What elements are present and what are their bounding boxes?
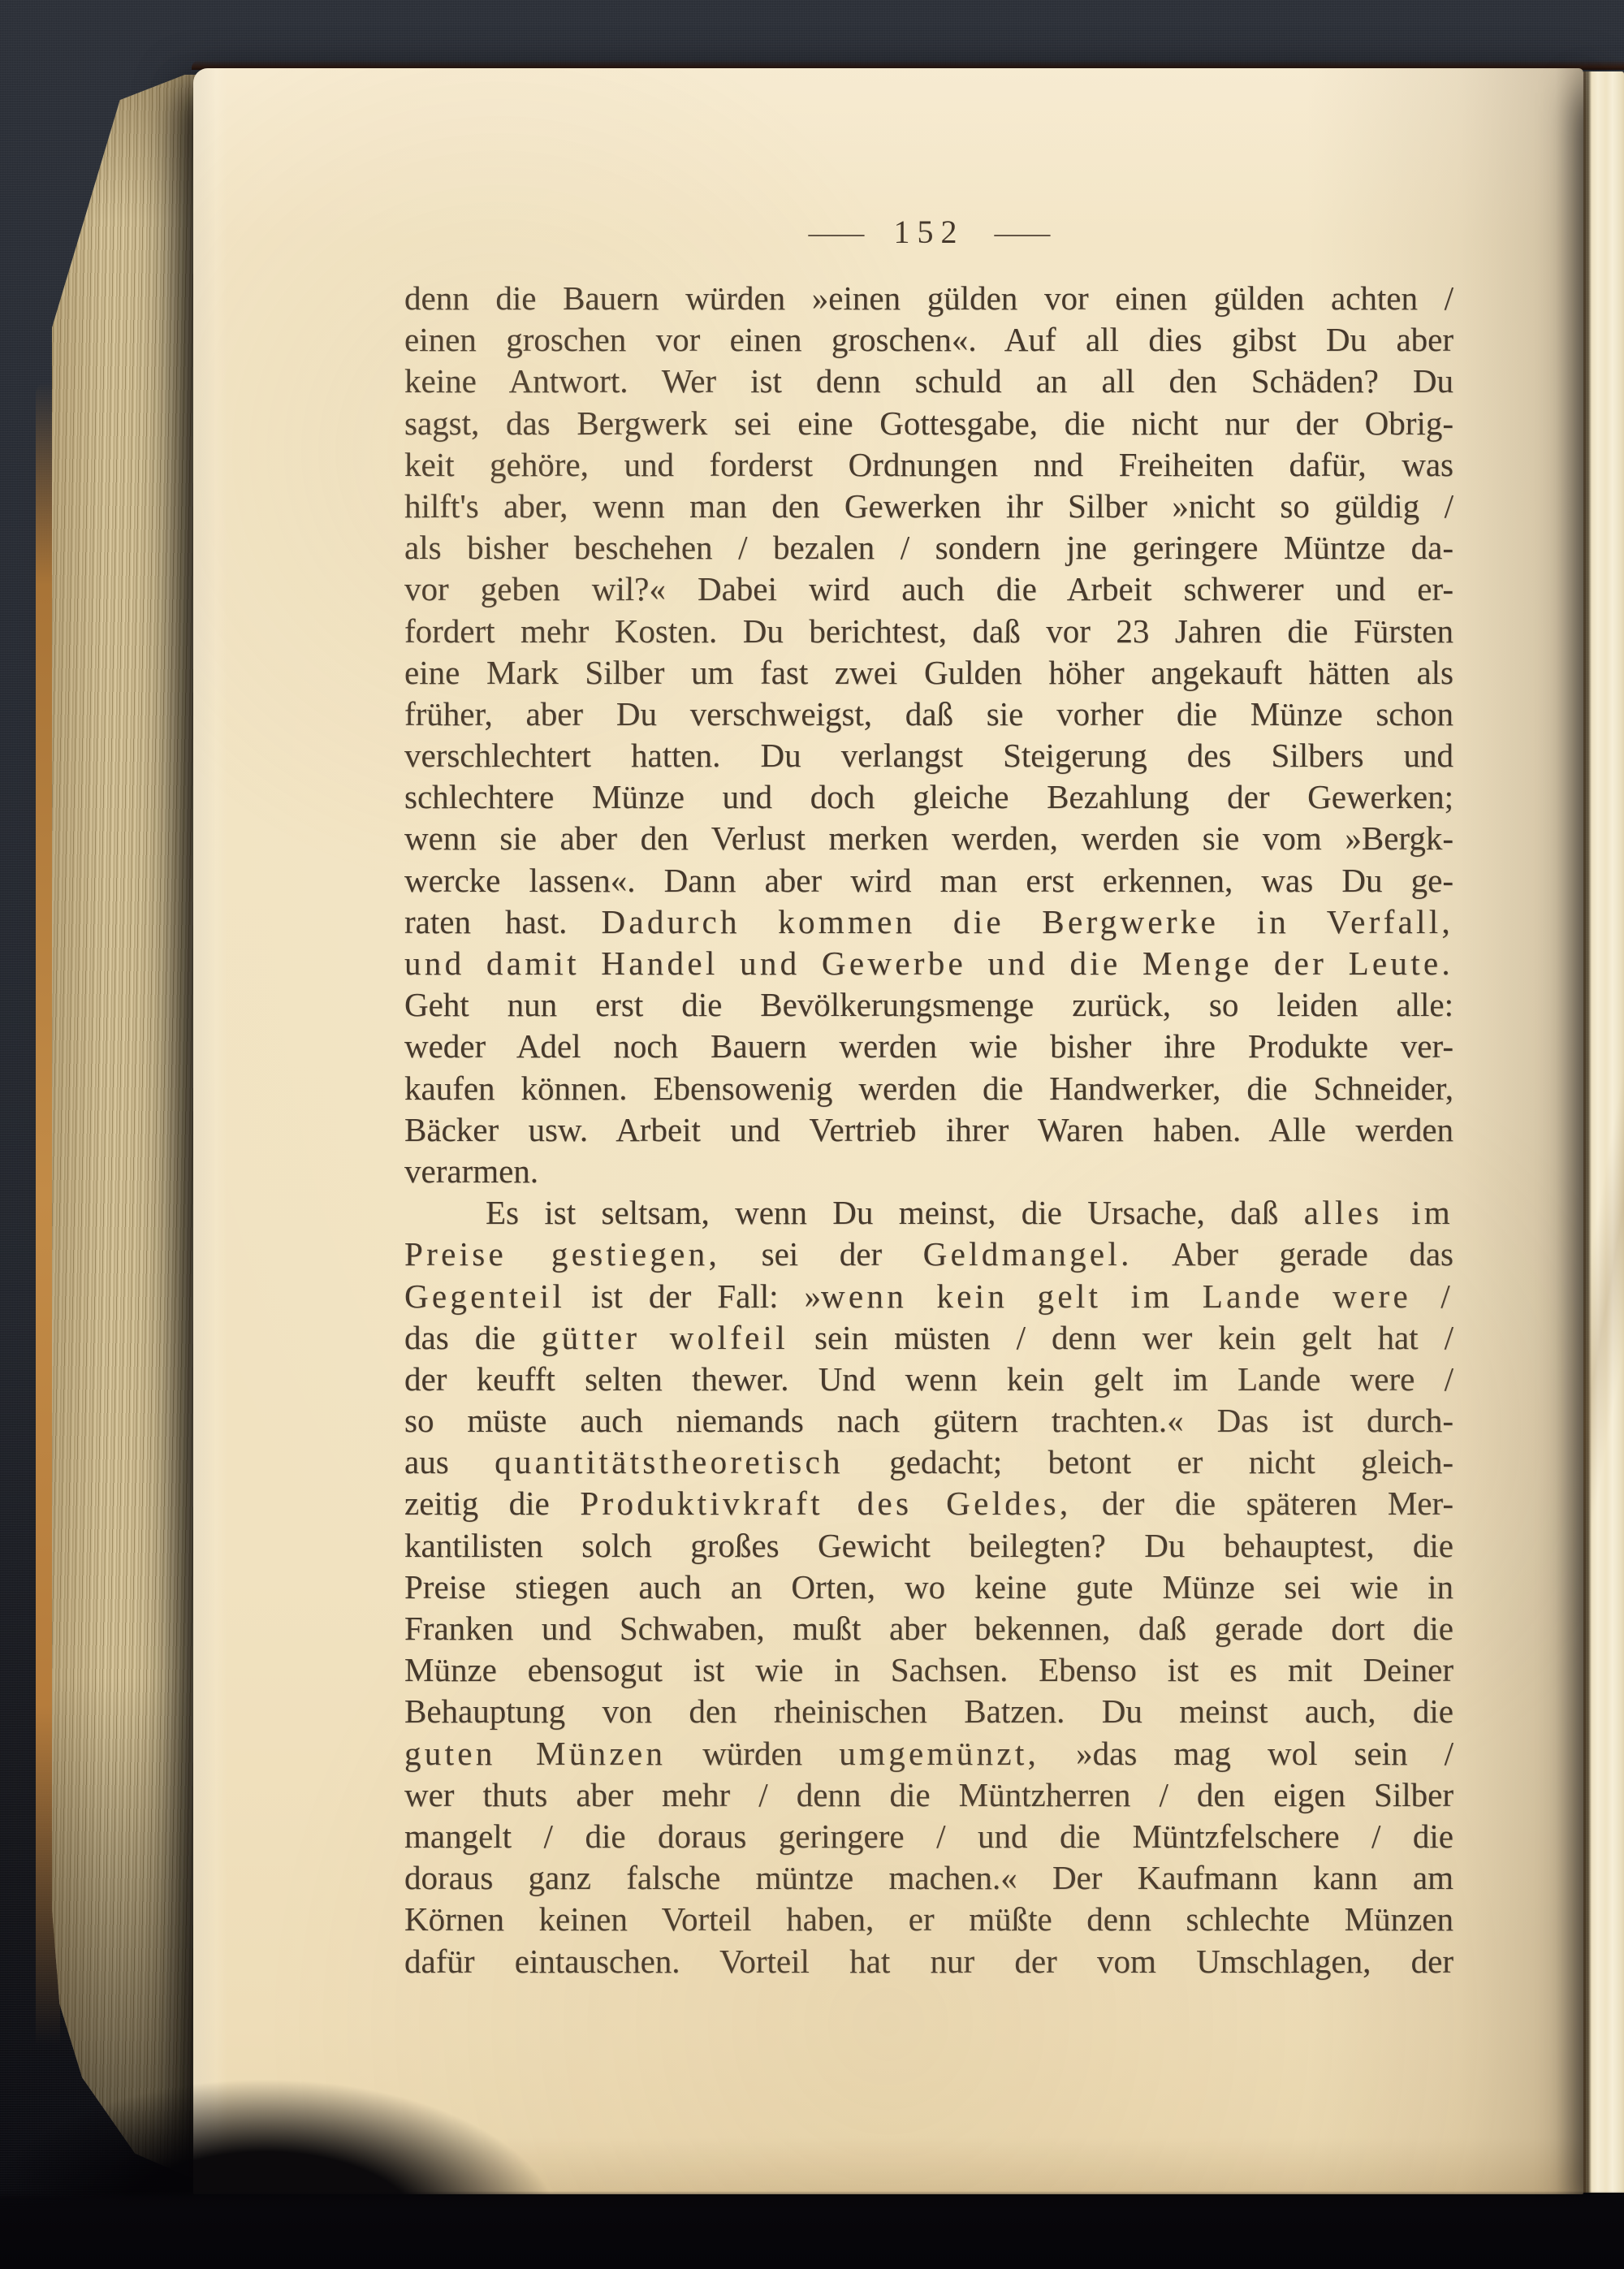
text-line: keine Antwort. Wer ist denn schuld an al… bbox=[404, 361, 1453, 402]
text-segment: verarmen. bbox=[404, 1152, 538, 1190]
emphasized-text-segment: Geldmangel. bbox=[923, 1235, 1133, 1273]
text-segment: kaufen können. Ebensowenig werden die Ha… bbox=[404, 1070, 1453, 1107]
text-segment: würden bbox=[666, 1735, 839, 1772]
text-segment: keit gehöre, und forderst Ordnungen nnd … bbox=[404, 446, 1453, 483]
text-segment: das die bbox=[404, 1319, 542, 1356]
text-segment: Körnen keinen Vorteil haben, er müßte de… bbox=[404, 1900, 1453, 1938]
bottom-shadow-band bbox=[0, 2191, 1624, 2269]
text-line: fordert mehr Kosten. Du berichtest, daß … bbox=[404, 611, 1453, 652]
text-line: Es ist seltsam, wenn Du meinst, die Ursa… bbox=[404, 1192, 1453, 1234]
text-segment: zeitig die bbox=[404, 1485, 580, 1522]
emphasized-text-segment: gütter wolfeil bbox=[542, 1319, 788, 1356]
text-line: Preise stiegen auch an Orten, wo keine g… bbox=[404, 1567, 1453, 1608]
text-line: Münze ebensogut ist wie in Sachsen. Eben… bbox=[404, 1649, 1453, 1691]
text-line: zeitig die Produktivkraft des Geldes, de… bbox=[404, 1483, 1453, 1524]
left-page-stack-edges bbox=[52, 75, 203, 2183]
emphasized-text-segment: und damit Handel und Gewerbe und die Men… bbox=[404, 944, 1453, 982]
text-line: wenn sie aber den Verlust merken werden,… bbox=[404, 818, 1453, 859]
text-segment: Behauptung von den rheinischen Batzen. D… bbox=[404, 1692, 1453, 1730]
page-number: 152 bbox=[894, 213, 965, 251]
emphasized-text-segment: Dadurch kommen die Bergwerke in Verfall, bbox=[601, 903, 1453, 940]
emphasized-text-segment: Preise gestiegen, bbox=[404, 1235, 720, 1273]
text-line: der keufft selten thewer. Und wenn kein … bbox=[404, 1359, 1453, 1400]
text-line: wer thuts aber mehr / denn die Müntzherr… bbox=[404, 1774, 1453, 1816]
emphasized-text-segment: wenn kein gelt im Lande were / bbox=[821, 1277, 1453, 1315]
text-segment: als bisher beschehen / bezalen / sondern… bbox=[404, 529, 1453, 566]
text-segment: ist der Fall: » bbox=[565, 1277, 821, 1315]
text-line: hilft's aber, wenn man den Gewerken ihr … bbox=[404, 486, 1453, 527]
text-line: Geht nun erst die Bevölkerungsmenge zurü… bbox=[404, 984, 1453, 1026]
text-line: kantilisten solch großes Gewicht beilegt… bbox=[404, 1525, 1453, 1567]
page-header: — 152 — bbox=[404, 213, 1453, 257]
text-line: denn die Bauern würden »einen gülden vor… bbox=[404, 278, 1453, 319]
text-line: sagst, das Bergwerk sei eine Gottesgabe,… bbox=[404, 403, 1453, 444]
text-segment: wer thuts aber mehr / denn die Müntzherr… bbox=[404, 1776, 1453, 1813]
text-line: einen groschen vor einen groschen«. Auf … bbox=[404, 319, 1453, 361]
text-segment: früher, aber Du verschweigst, daß sie vo… bbox=[404, 695, 1453, 733]
text-line: Behauptung von den rheinischen Batzen. D… bbox=[404, 1691, 1453, 1732]
text-segment: aus bbox=[404, 1443, 495, 1480]
header-dash-right: — bbox=[994, 215, 1049, 251]
text-line: verschlechtert hatten. Du verlangst Stei… bbox=[404, 735, 1453, 776]
text-block: denn die Bauern würden »einen gülden vor… bbox=[404, 278, 1453, 1982]
text-segment: weder Adel noch Bauern werden wie bisher… bbox=[404, 1027, 1453, 1065]
text-segment: Es ist seltsam, wenn Du meinst, die Ursa… bbox=[486, 1194, 1304, 1231]
emphasized-text-segment: guten Münzen bbox=[404, 1735, 666, 1772]
text-line: so müste auch niemands nach gütern trach… bbox=[404, 1400, 1453, 1441]
text-line: eine Mark Silber um fast zwei Gulden höh… bbox=[404, 652, 1453, 694]
text-segment: keine Antwort. Wer ist denn schuld an al… bbox=[404, 362, 1453, 400]
text-line: aus quantitätstheoretisch gedacht; beton… bbox=[404, 1441, 1453, 1483]
emphasized-text-segment: Gegenteil bbox=[404, 1277, 565, 1315]
text-line: weder Adel noch Bauern werden wie bisher… bbox=[404, 1026, 1453, 1067]
text-line: mangelt / die doraus geringere / und die… bbox=[404, 1816, 1453, 1857]
text-line: schlechtere Münze und doch gleiche Bezah… bbox=[404, 776, 1453, 818]
next-page-sliver bbox=[1583, 71, 1624, 2193]
text-segment: der die späteren Mer- bbox=[1071, 1485, 1453, 1522]
text-line: wercke lassen«. Dann aber wird man erst … bbox=[404, 860, 1453, 901]
text-line: verarmen. bbox=[404, 1151, 1453, 1192]
text-segment: eine Mark Silber um fast zwei Gulden höh… bbox=[404, 654, 1453, 691]
text-line: guten Münzen würden umgemünzt, »das mag … bbox=[404, 1733, 1453, 1774]
text-line: Gegenteil ist der Fall: »wenn kein gelt … bbox=[404, 1276, 1453, 1317]
scanned-page: — 152 — denn die Bauern würden »einen gü… bbox=[193, 68, 1583, 2194]
text-segment: wenn sie aber den Verlust merken werden,… bbox=[404, 819, 1453, 857]
text-segment: kantilisten solch großes Gewicht beilegt… bbox=[404, 1527, 1453, 1564]
text-segment: sagst, das Bergwerk sei eine Gottesgabe,… bbox=[404, 404, 1453, 442]
text-segment: einen groschen vor einen groschen«. Auf … bbox=[404, 321, 1453, 358]
text-segment: so müste auch niemands nach gütern trach… bbox=[404, 1402, 1453, 1439]
emphasized-text-segment: alles im bbox=[1304, 1194, 1453, 1231]
text-line: Franken und Schwaben, mußt aber bekennen… bbox=[404, 1608, 1453, 1649]
header-dash-left: — bbox=[808, 215, 863, 251]
text-segment: Geht nun erst die Bevölkerungsmenge zurü… bbox=[404, 986, 1453, 1023]
text-line: Körnen keinen Vorteil haben, er müßte de… bbox=[404, 1899, 1453, 1940]
text-segment: schlechtere Münze und doch gleiche Bezah… bbox=[404, 778, 1453, 815]
text-segment: Aber gerade das bbox=[1133, 1235, 1453, 1273]
text-segment: gedacht; betont er nicht gleich- bbox=[844, 1443, 1453, 1480]
emphasized-text-segment: Produktivkraft des Geldes, bbox=[580, 1485, 1071, 1522]
text-line: raten hast. Dadurch kommen die Bergwerke… bbox=[404, 901, 1453, 943]
text-segment: Preise stiegen auch an Orten, wo keine g… bbox=[404, 1568, 1453, 1606]
emphasized-text-segment: quantitätstheoretisch bbox=[495, 1443, 844, 1480]
text-segment: Franken und Schwaben, mußt aber bekennen… bbox=[404, 1610, 1453, 1647]
text-line: Preise gestiegen, sei der Geldmangel. Ab… bbox=[404, 1234, 1453, 1275]
text-line: und damit Handel und Gewerbe und die Men… bbox=[404, 943, 1453, 984]
text-segment: doraus ganz falsche müntze machen.« Der … bbox=[404, 1859, 1453, 1896]
text-segment: fordert mehr Kosten. Du berichtest, daß … bbox=[404, 612, 1453, 650]
text-line: das die gütter wolfeil sein müsten / den… bbox=[404, 1317, 1453, 1359]
text-segment: sei der bbox=[720, 1235, 923, 1273]
text-line: keit gehöre, und forderst Ordnungen nnd … bbox=[404, 444, 1453, 486]
text-segment: mangelt / die doraus geringere / und die… bbox=[404, 1817, 1453, 1855]
text-segment: hilft's aber, wenn man den Gewerken ihr … bbox=[404, 487, 1453, 525]
text-line: kaufen können. Ebensowenig werden die Ha… bbox=[404, 1068, 1453, 1109]
text-line: doraus ganz falsche müntze machen.« Der … bbox=[404, 1857, 1453, 1899]
text-line: früher, aber Du verschweigst, daß sie vo… bbox=[404, 694, 1453, 735]
emphasized-text-segment: umgemünzt, bbox=[839, 1735, 1039, 1772]
text-segment: der keufft selten thewer. Und wenn kein … bbox=[404, 1360, 1453, 1398]
text-segment: wercke lassen«. Dann aber wird man erst … bbox=[404, 862, 1453, 899]
text-segment: denn die Bauern würden »einen gülden vor… bbox=[404, 279, 1453, 317]
text-segment: vor geben wil?« Dabei wird auch die Arbe… bbox=[404, 570, 1453, 607]
text-segment: raten hast. bbox=[404, 903, 601, 940]
text-segment: Münze ebensogut ist wie in Sachsen. Eben… bbox=[404, 1651, 1453, 1688]
text-segment: Bäcker usw. Arbeit und Vertrieb ihrer Wa… bbox=[404, 1111, 1453, 1148]
text-segment: sein müsten / denn wer kein gelt hat / bbox=[788, 1319, 1453, 1356]
text-line: Bäcker usw. Arbeit und Vertrieb ihrer Wa… bbox=[404, 1109, 1453, 1151]
text-line: vor geben wil?« Dabei wird auch die Arbe… bbox=[404, 568, 1453, 610]
text-line: als bisher beschehen / bezalen / sondern… bbox=[404, 527, 1453, 568]
text-segment: verschlechtert hatten. Du verlangst Stei… bbox=[404, 737, 1453, 774]
text-segment: »das mag wol sein / bbox=[1039, 1735, 1453, 1772]
